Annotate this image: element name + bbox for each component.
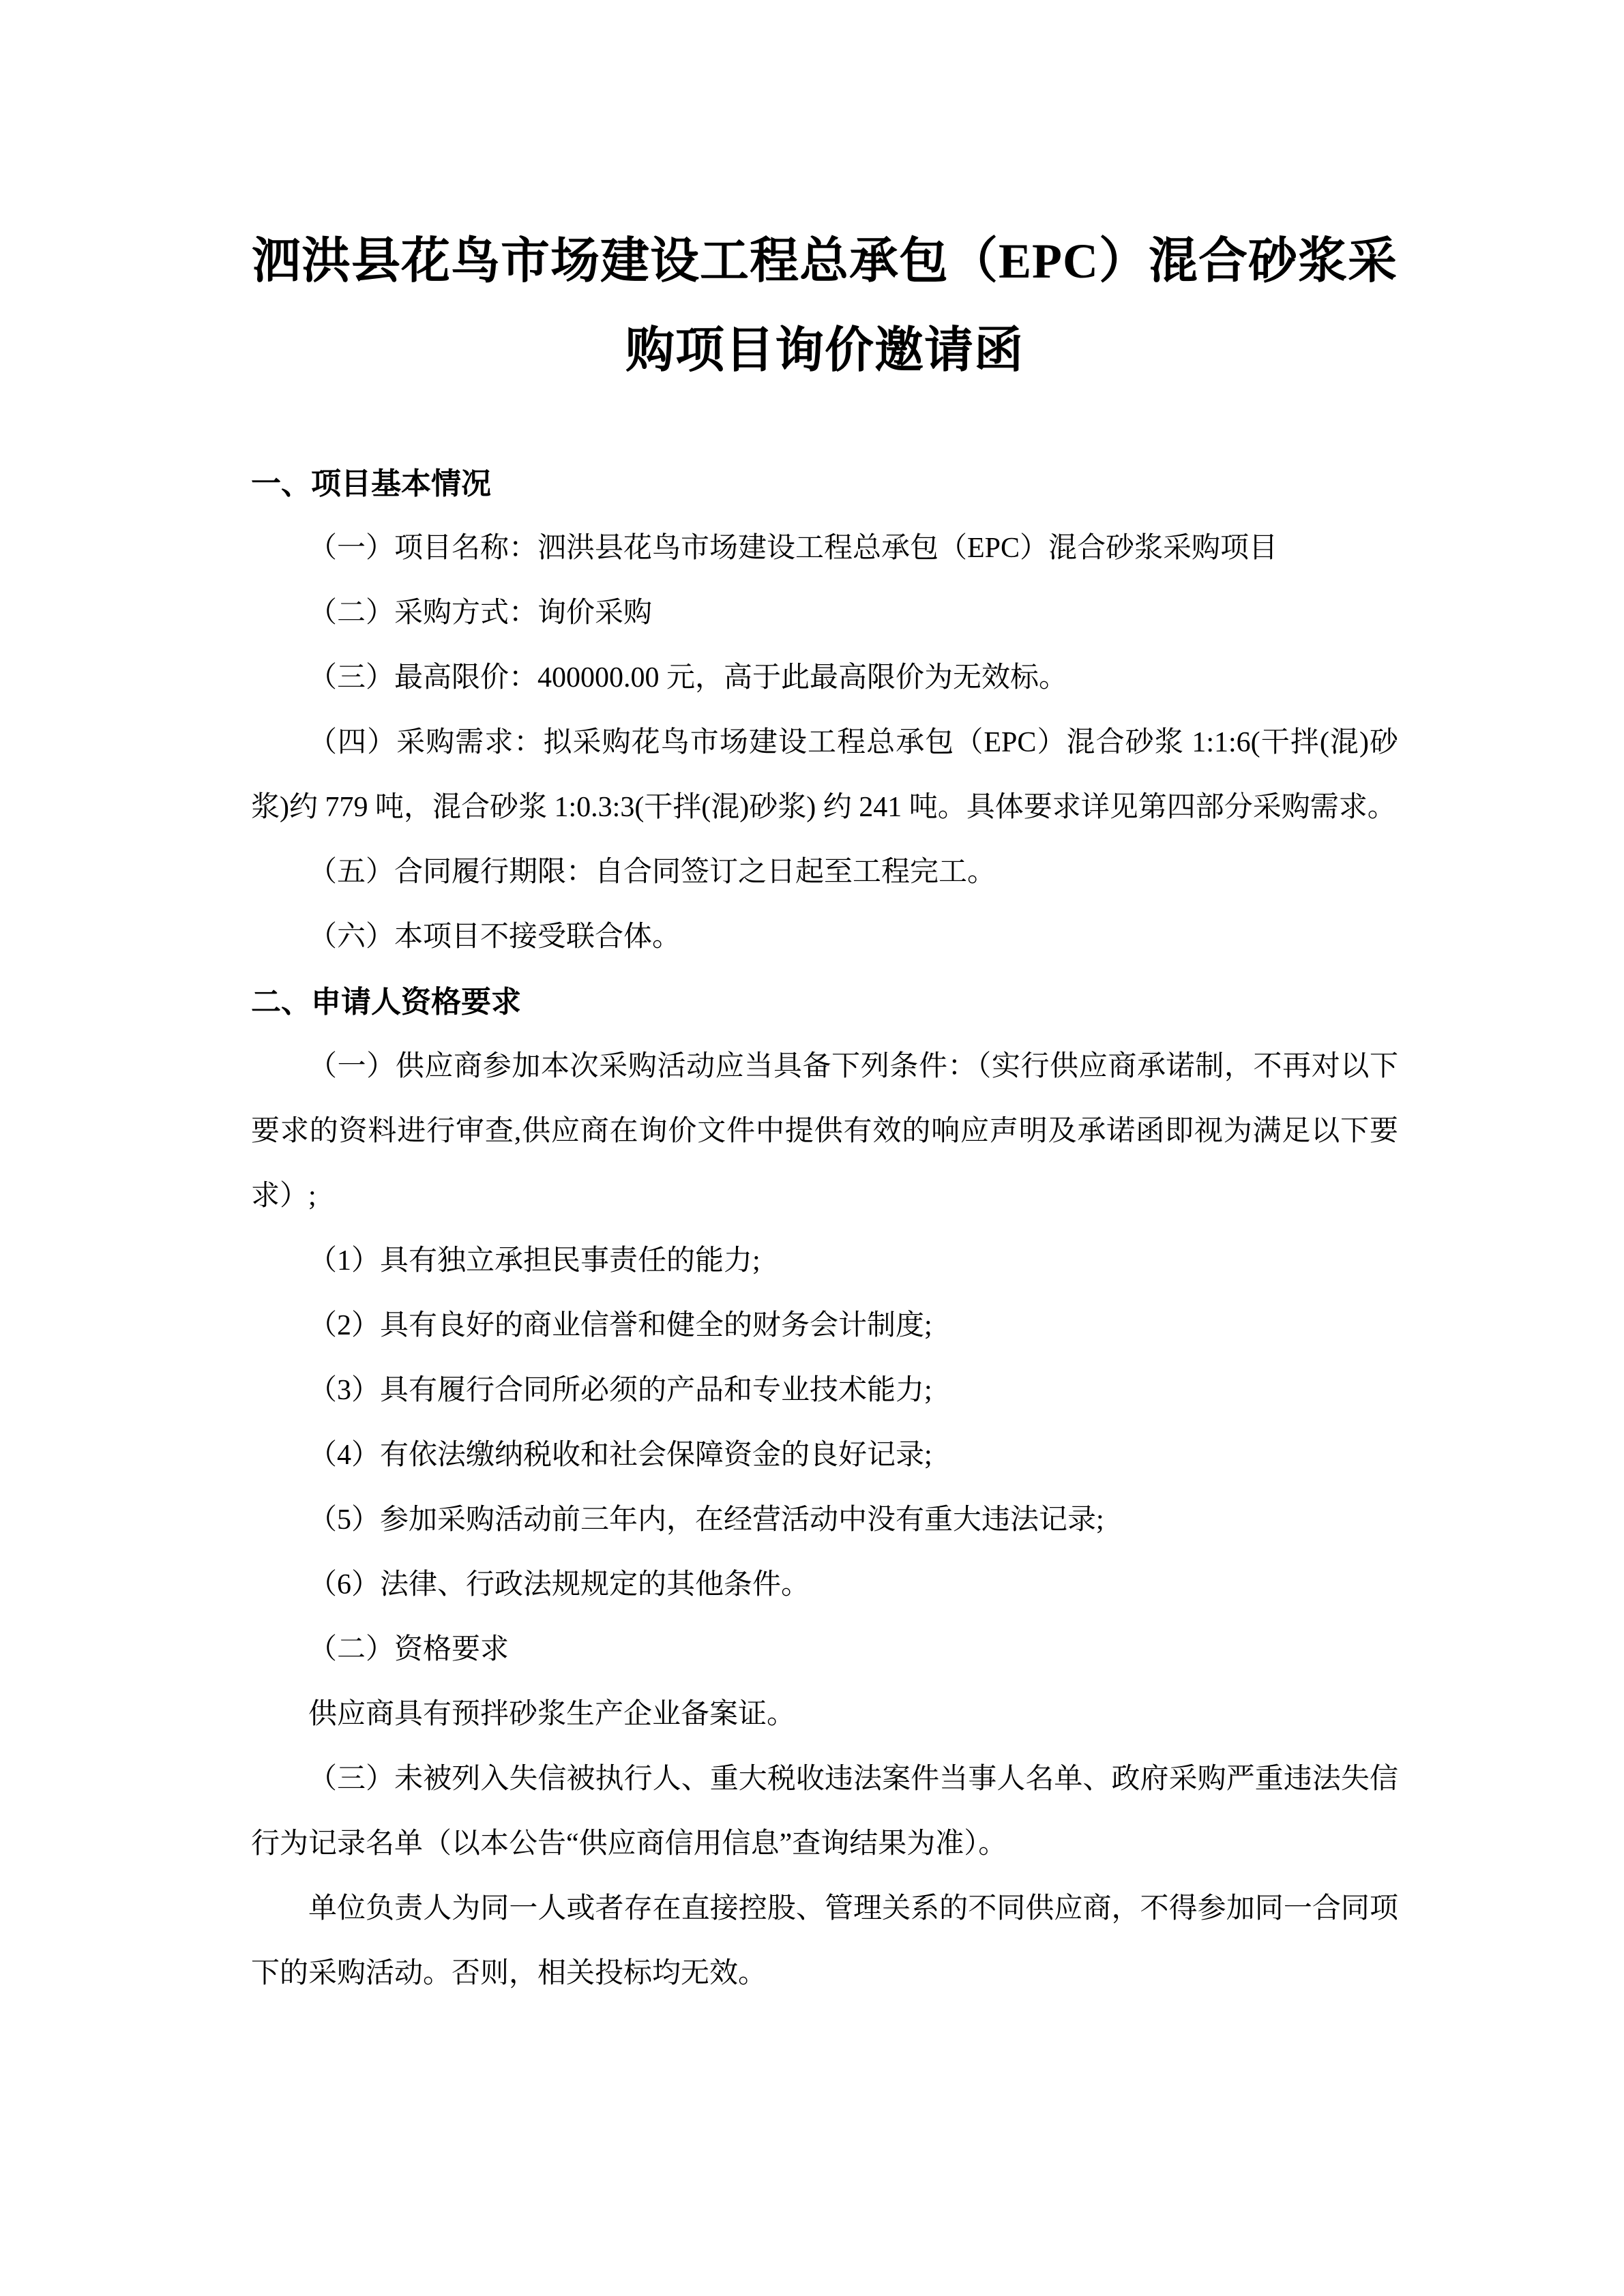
section-2-paragraph-condition-5: （5）参加采购活动前三年内，在经营活动中没有重大违法记录; [251, 1488, 1398, 1553]
section-1-heading: 一、项目基本情况 [251, 451, 1398, 516]
section-2-paragraph-credit-requirement: （三）未被列入失信被执行人、重大税收违法案件当事人名单、政府采购严重违法失信行为… [251, 1747, 1398, 1877]
section-2-paragraph-condition-2: （2）具有良好的商业信誉和健全的财务会计制度; [251, 1294, 1398, 1358]
section-2-paragraph-supplier-conditions: （一）供应商参加本次采购活动应当具备下列条件：（实行供应商承诺制，不再对以下要求… [251, 1034, 1398, 1229]
section-1-paragraph-procurement-method: （二）采购方式：询价采购 [251, 581, 1398, 646]
section-2-paragraph-qualification-requirement: 供应商具有预拌砂浆生产企业备案证。 [251, 1682, 1398, 1747]
document-title: 泗洪县花鸟市场建设工程总承包（EPC）混合砂浆采购项目询价邀请函 [251, 217, 1398, 396]
document-content: 泗洪县花鸟市场建设工程总承包（EPC）混合砂浆采购项目询价邀请函 一、项目基本情… [251, 217, 1398, 2006]
section-1-paragraph-procurement-demand: （四）采购需求：拟采购花鸟市场建设工程总承包（EPC）混合砂浆 1:1:6(干拌… [251, 711, 1398, 840]
section-2-paragraph-qualification-heading: （二）资格要求 [251, 1617, 1398, 1682]
section-2-paragraph-condition-1: （1）具有独立承担民事责任的能力; [251, 1229, 1398, 1294]
section-1-paragraph-project-name: （一）项目名称：泗洪县花鸟市场建设工程总承包（EPC）混合砂浆采购项目 [251, 516, 1398, 581]
section-1-paragraph-contract-period: （五）合同履行期限：自合同签订之日起至工程完工。 [251, 840, 1398, 905]
section-2-paragraph-condition-3: （3）具有履行合同所必须的产品和专业技术能力; [251, 1358, 1398, 1423]
section-1-paragraph-price-limit: （三）最高限价：400000.00 元，高于此最高限价为无效标。 [251, 646, 1398, 711]
section-2-paragraph-same-person-rule: 单位负责人为同一人或者存在直接控股、管理关系的不同供应商，不得参加同一合同项下的… [251, 1877, 1398, 2006]
section-2-paragraph-condition-4: （4）有依法缴纳税收和社会保障资金的良好记录; [251, 1423, 1398, 1488]
section-2-heading: 二、申请人资格要求 [251, 970, 1398, 1034]
document-page: 泗洪县花鸟市场建设工程总承包（EPC）混合砂浆采购项目询价邀请函 一、项目基本情… [0, 0, 1624, 2296]
section-1-paragraph-no-consortium: （六）本项目不接受联合体。 [251, 905, 1398, 970]
section-2-paragraph-condition-6: （6）法律、行政法规规定的其他条件。 [251, 1553, 1398, 1617]
